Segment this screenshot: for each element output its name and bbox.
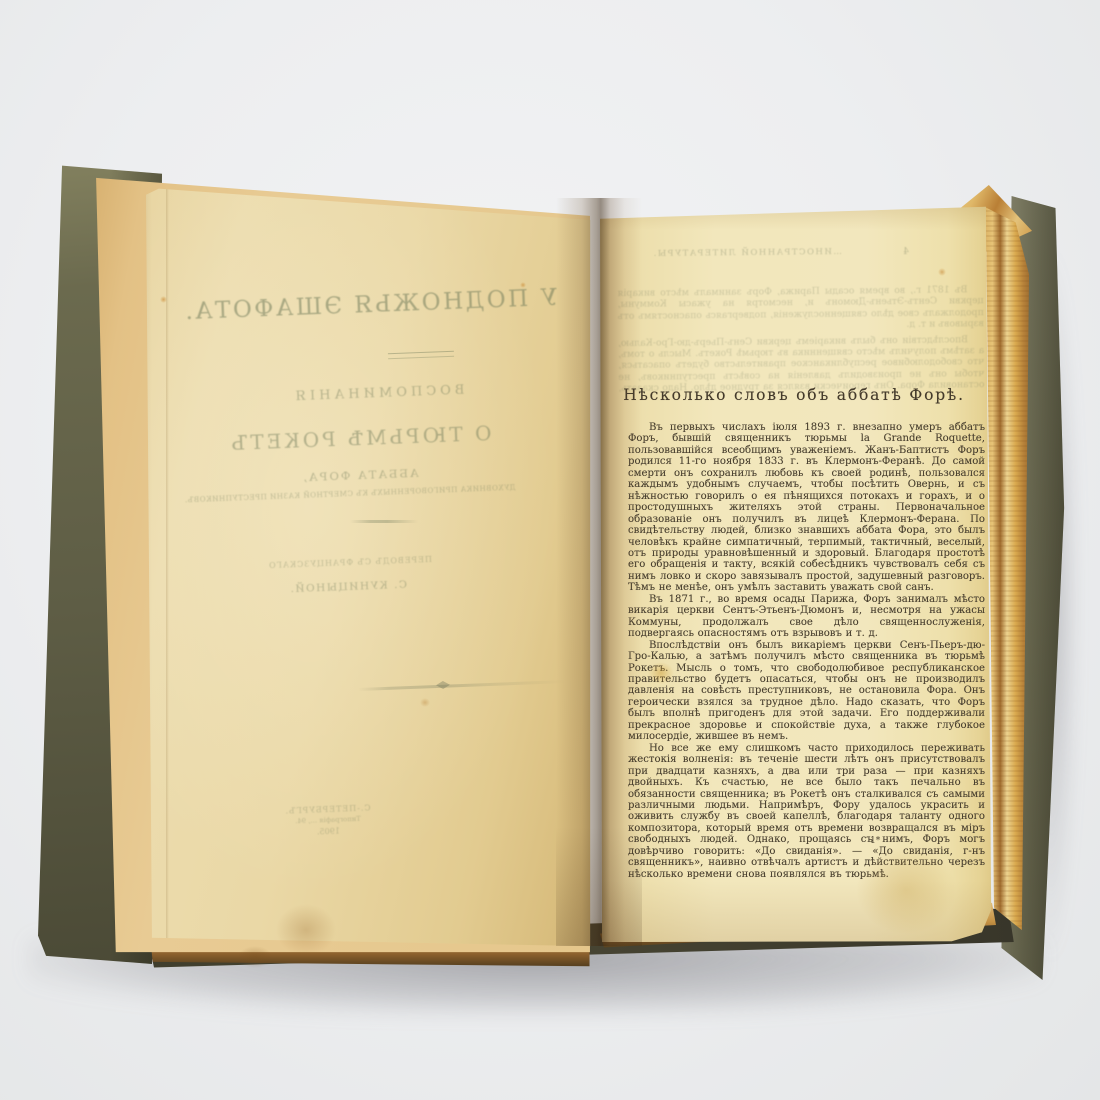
showthrough-tailpiece-diamond [436,681,450,690]
foxing-stain [648,662,674,684]
showthrough-memoir-label: ВОСПОМИНАНІЯ [148,377,608,410]
foxing-stain [238,946,272,968]
left-page-title-verso: У ПОДНОЖЬЯ ЭШАФОТА. ВОСПОМИНАНІЯ О ТЮРЬМ… [136,184,592,950]
foxing-stain-large [856,846,956,934]
showthrough-translation-line: ПЕРЕВОДЪ СЪ ФРАНЦУЗСКАГО [120,549,580,576]
chapter-heading: Нѣсколько словъ объ аббатѣ Форѣ. [612,386,976,404]
right-page: …ИНОСТРАННОЙ ЛИТЕРАТУРЫ. 4 Въ 1871 г., в… [594,200,996,948]
gutter-shadow [556,198,642,946]
showthrough-series-title: У ПОДНОЖЬЯ ЭШАФОТА. [140,283,601,327]
showthrough-paragraph: Впослѣдствіи онъ былъ викаріемъ церкви С… [618,334,985,392]
paragraph-2: Въ 1871 г., во время осады Парижа, Форъ … [628,594,985,640]
showthrough-memoir-title: О ТЮРЬМѢ РОКЕТЪ [130,417,591,459]
showthrough-tailpiece-rule [358,680,566,691]
foxing-stain [342,1024,438,1100]
paragraph-3: Впослѣдствіи онъ былъ викаріемъ церкви С… [628,640,985,743]
foxing-dot [520,282,526,288]
body-text-column: Въ первыхъ числахъ іюля 1893 г. внезапно… [628,422,985,880]
foxing-dot [160,296,167,303]
foxing-dot [938,268,946,276]
foxing-dot [420,698,430,707]
showthrough-ornament [350,520,418,523]
showthrough-rule-divider [388,351,454,360]
showthrough-page-number: 4 [894,247,918,257]
paragraph-1: Въ первыхъ числахъ іюля 1893 г. внезапно… [628,422,985,594]
signature-mark: 1* [870,836,880,846]
showthrough-paragraph: Въ 1871 г., во время осады Парижа, Форъ … [617,284,983,333]
book-photograph: У ПОДНОЖЬЯ ЭШАФОТА. ВОСПОМИНАНІЯ О ТЮРЬМ… [0,0,1100,1100]
showthrough-translator: С. КУНИЦЫНОЙ. [118,572,578,602]
foxing-stain [276,904,336,956]
showthrough-text-block: Въ 1871 г., во время осады Парижа, Форъ … [617,284,984,392]
